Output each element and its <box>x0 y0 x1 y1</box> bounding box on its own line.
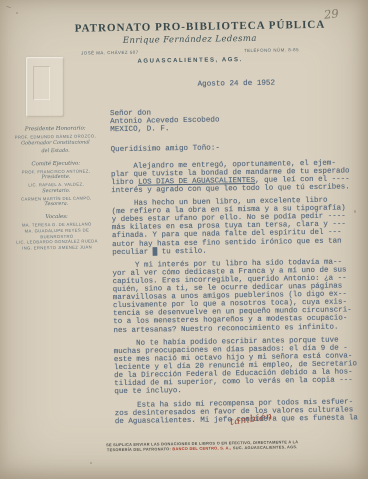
paragraph-1: Alejandro me entregó, oportunamente, el … <box>111 159 367 195</box>
scan-speck <box>16 12 18 14</box>
letterhead-title: PATRONATO PRO-BIBLIOTECA PÚBLICA <box>75 19 305 35</box>
sidebar-role: del Estado. <box>5 147 107 155</box>
footer-bank-name: BANCO DEL CENTRO, S. A., <box>172 446 231 452</box>
letter-date: Agosto 24 de 1952 <box>198 80 276 89</box>
paragraph-2: Has hecho un buen libro, un excelente li… <box>111 196 368 256</box>
paragraph-3: Y mi interés por tu libro ha sido todaví… <box>112 258 368 334</box>
letter-body: Señor don Antonio Acevedo Escobedo MEXIC… <box>110 106 368 431</box>
salutation: Queridísimo amigo Toño:- <box>111 142 367 154</box>
sidebar-role: Secretario. <box>5 187 107 195</box>
letterhead: PATRONATO PRO-BIBLIOTECA PÚBLICA Enrique… <box>75 19 306 66</box>
sidebar-heading: Presidente Honorario: <box>4 125 106 133</box>
letter-paragraphs: Alejandro me entregó, oportunamente, el … <box>111 159 368 426</box>
footer-line-2-prefix: TESORERÍA DEL PATRONATO: <box>107 447 173 453</box>
sidebar-role: Tesorera. <box>5 201 107 209</box>
scan-speck <box>354 210 356 213</box>
letterhead-city: AGUASCALIENTES, AGS. <box>75 56 305 66</box>
footer-line-2-suffix: SUC. AGUASCALIENTES, AGS. <box>231 445 297 451</box>
sidebar-heading: Vocales: <box>6 214 108 222</box>
letterhead-address: JOSÉ MA. CHÁVEZ 507 <box>81 50 139 56</box>
recipient-block: Señor don Antonio Acevedo Escobedo MEXIC… <box>110 106 366 135</box>
scanned-letter-page: ~ 29 PATRONATO PRO-BIBLIOTECA PÚBLICA En… <box>0 0 368 479</box>
sidebar-member: ING. ERNESTO JIMÉNEZ JUAN <box>6 244 108 251</box>
scan-speck <box>90 462 92 464</box>
letterhead-phone: TELÉFONO NÚM. 8-85 <box>244 47 299 53</box>
letterhead-contact-row: JOSÉ MA. CHÁVEZ 507 TELÉFONO NÚM. 8-85 <box>75 47 305 56</box>
sidebar-role: Presidente. <box>5 173 107 181</box>
sidebar-heading: Comité Ejecutivo: <box>5 160 107 168</box>
letter-content: PATRONATO PRO-BIBLIOTECA PÚBLICA Enrique… <box>0 0 368 479</box>
footer-note: SE SUPLICA ENVIAR LAS DONACIONES DE LIBR… <box>89 439 315 453</box>
paragraph-4: No te había podido escribir antes porque… <box>114 336 368 396</box>
committee-sidebar: Presidente Honorario: PROF. EDMUNDO GÁME… <box>4 118 108 251</box>
letterhead-subtitle: Enrique Fernández Ledesma <box>75 33 305 47</box>
